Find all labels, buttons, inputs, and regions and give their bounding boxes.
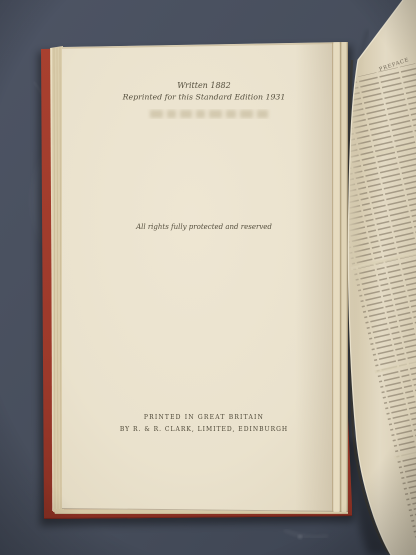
vignette (0, 0, 416, 555)
open-book-photo: Written 1882 Reprinted for this Standard… (0, 0, 416, 555)
book-scene: Written 1882 Reprinted for this Standard… (0, 0, 416, 555)
